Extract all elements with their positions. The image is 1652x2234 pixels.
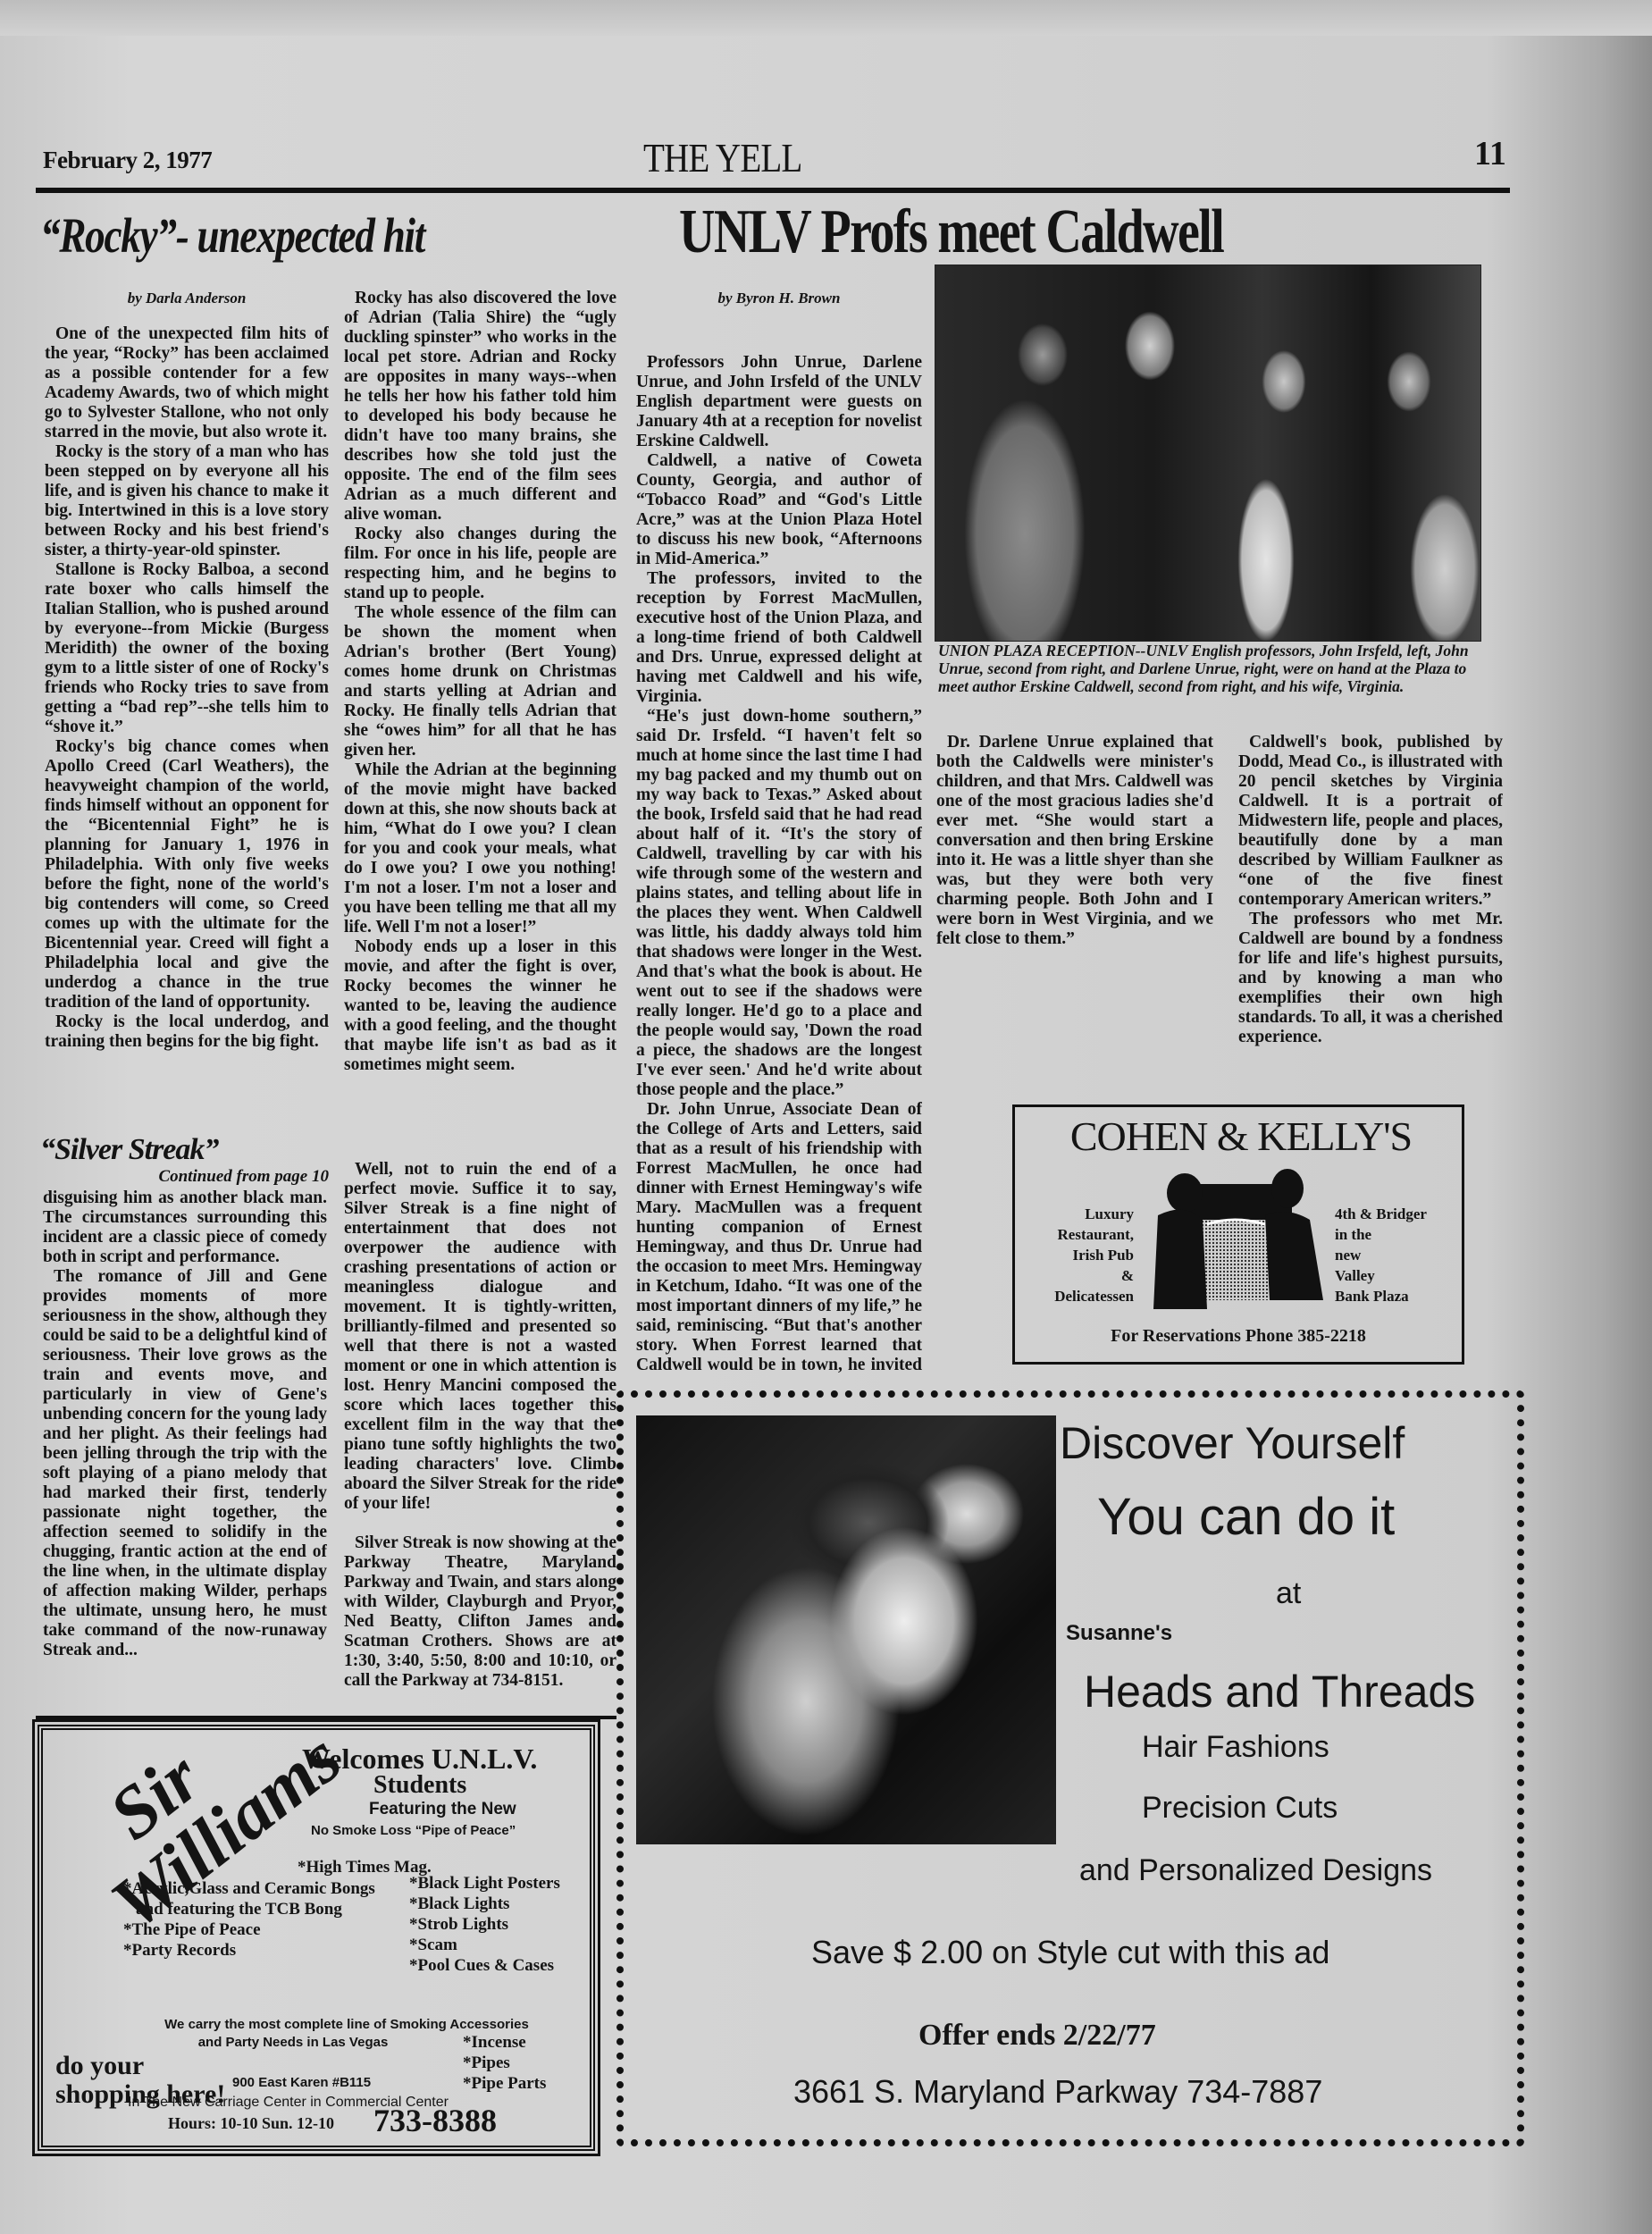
product-item: *Acrylic,Glass and Ceramic Bongs [123, 1878, 375, 1899]
ad-line: Irish Pub [1022, 1245, 1134, 1265]
silver-streak-paragraph: The romance of Jill and Gene provides mo… [43, 1267, 327, 1660]
newspaper-page: February 2, 1977 THE YELL 11 “Rocky”- un… [0, 0, 1652, 2234]
caldwell-paragraph: Professors John Unrue, Darlene Unrue, an… [636, 353, 922, 451]
caldwell-column-3: Caldwell's book, published by Dodd, Mead… [1238, 733, 1503, 1099]
cohen-kelly-left-text: Luxury Restaurant, Irish Pub & Delicates… [1022, 1204, 1134, 1306]
caldwell-paragraph: “He's just down-home southern,” said Dr.… [636, 707, 922, 1100]
rocky-paragraph: Rocky is the local underdog, and trainin… [45, 1012, 329, 1052]
ad-tagline: Discover Yourself [1060, 1417, 1405, 1469]
rocky-paragraph: Stallone is Rocky Balboa, a second rate … [45, 560, 329, 737]
ad-line: new [1335, 1245, 1460, 1265]
product-item: *Party Records [123, 1940, 375, 1961]
shop-address-phone: 3661 S. Maryland Parkway 734-7887 [793, 2073, 1322, 2111]
cohen-kelly-right-text: 4th & Bridger in the new Valley Bank Pla… [1335, 1204, 1460, 1306]
rocky-paragraph: Rocky also changes during the film. For … [344, 525, 616, 603]
silver-streak-paragraph: disguising him as another black man. The… [43, 1188, 327, 1267]
paper-name: THE YELL [643, 134, 801, 181]
ad-line: & [1022, 1265, 1134, 1286]
carry-line: We carry the most complete line of Smoki… [123, 2016, 570, 2034]
silver-streak-paragraph: Silver Streak is now showing at the Park… [344, 1533, 616, 1691]
service-hair: Hair Fashions [1142, 1730, 1329, 1765]
model-photo [636, 1415, 1056, 1844]
masthead-rule [36, 188, 1510, 193]
caldwell-headline: UNLV Profs meet Caldwell [679, 197, 1223, 268]
product-item: *Black Light Posters [409, 1873, 560, 1894]
product-item: *Incense [463, 2032, 546, 2053]
caldwell-paragraph: Caldwell's book, published by Dodd, Mead… [1238, 733, 1503, 910]
product-item: *Black Lights [409, 1894, 560, 1914]
ad-line: Restaurant, [1022, 1224, 1134, 1245]
reception-photo [935, 265, 1481, 642]
page-top-edge [0, 0, 1652, 36]
sir-williams-ad: Sir Williams Welcomes U.N.L.V. Students … [38, 1725, 595, 2151]
rocky-headline: “Rocky”- unexpected hit [40, 207, 424, 264]
featuring-text: Featuring the New [369, 1800, 516, 1819]
students-text: Students [373, 1771, 466, 1800]
product-item: and featuring the TCB Bong [123, 1899, 375, 1919]
store-address: 900 East Karen #B115 [232, 2075, 371, 2090]
caldwell-paragraph: The professors who met Mr. Caldwell are … [1238, 910, 1503, 1047]
photo-caption: UNION PLAZA RECEPTION--UNLV English prof… [938, 642, 1483, 695]
rocky-paragraph: The whole essence of the film can be sho… [344, 603, 616, 760]
product-item: *Strob Lights [409, 1914, 560, 1935]
ad-tagline-2: You can do it [1097, 1487, 1395, 1547]
slogan-line: do your [55, 2052, 225, 2080]
caldwell-byline: by Byron H. Brown [636, 289, 922, 308]
caldwell-paragraph: Dr. John Unrue, Associate Dean of the Co… [636, 1100, 922, 1374]
silver-streak-headline: “Silver Streak” [40, 1133, 218, 1167]
product-item: *The Pipe of Peace [123, 1919, 375, 1940]
rocky-paragraph: Rocky has also discovered the love of Ad… [344, 289, 616, 525]
caldwell-column-2: Dr. Darlene Unrue explained that both th… [936, 733, 1213, 1095]
rocky-paragraph: Rocky's big chance comes when Apollo Cre… [45, 737, 329, 1012]
ad-line: in the [1335, 1224, 1460, 1245]
silver-streak-column-1: disguising him as another black man. The… [43, 1188, 327, 1716]
offer-expiry: Offer ends 2/22/77 [918, 2019, 1156, 2053]
susannes-ad: Discover Yourself You can do it at Susan… [616, 1390, 1524, 2146]
issue-date: February 2, 1977 [43, 147, 212, 174]
product-item: *Pool Cues & Cases [409, 1955, 560, 1976]
shop-name: Heads and Threads [1084, 1666, 1475, 1717]
silver-streak-paragraph: Well, not to ruin the end of a perfect m… [344, 1160, 616, 1514]
store-hours: Hours: 10-10 Sun. 12-10 [168, 2114, 334, 2133]
product-item: *Scam [409, 1935, 560, 1955]
page-number: 11 [1474, 134, 1506, 173]
ad-line: Delicatessen [1022, 1286, 1134, 1306]
ad-line: Luxury [1022, 1204, 1134, 1224]
left-product-list: *Acrylic,Glass and Ceramic Bongs and fea… [123, 1878, 375, 1961]
caldwell-paragraph: Dr. Darlene Unrue explained that both th… [936, 733, 1213, 949]
rocky-paragraph: One of the unexpected film hits of the y… [45, 324, 329, 442]
ad-line: 4th & Bridger [1335, 1204, 1460, 1224]
service-cuts: Precision Cuts [1142, 1791, 1338, 1826]
cohen-kelly-name: COHEN & KELLY'S [1022, 1113, 1460, 1160]
rocky-paragraph: Nobody ends up a loser in this movie, an… [344, 937, 616, 1075]
caldwell-column-1: by Byron H. Brown Professors John Unrue,… [636, 289, 922, 1374]
silver-streak-column-2: Well, not to ruin the end of a perfect m… [344, 1160, 616, 1714]
product-item: *Pipe Parts [463, 2073, 546, 2094]
no-smoke-text: No Smoke Loss “Pipe of Peace” [311, 1823, 516, 1838]
rocky-column-1: by Darla Anderson One of the unexpected … [45, 289, 329, 1120]
service-designs: and Personalized Designs [1079, 1853, 1432, 1888]
store-phone: 733-8388 [373, 2102, 497, 2139]
section-rule [36, 1716, 616, 1719]
caldwell-paragraph: Caldwell, a native of Coweta County, Geo… [636, 451, 922, 569]
ad-owner: Susanne's [1066, 1621, 1172, 1646]
caldwell-paragraph: The professors, invited to the reception… [636, 569, 922, 707]
continued-from-note: Continued from page 10 [114, 1167, 329, 1187]
cohen-kelly-phone: For Reservations Phone 385-2218 [1015, 1326, 1462, 1347]
product-item: *Pipes [463, 2053, 546, 2073]
diners-illustration-icon [1140, 1166, 1332, 1309]
right-product-list: *Black Light Posters *Black Lights *Stro… [409, 1873, 560, 1976]
rocky-paragraph: While the Adrian at the beginning of the… [344, 760, 616, 937]
rocky-byline: by Darla Anderson [45, 289, 329, 308]
ad-at: at [1276, 1576, 1301, 1611]
rocky-column-2: Rocky has also discovered the love of Ad… [344, 289, 616, 1129]
cohen-kelly-ad: COHEN & KELLY'S Luxury Restaurant, Irish… [1012, 1104, 1464, 1365]
ad-offer: Save $ 2.00 on Style cut with this ad [811, 1934, 1329, 1971]
right-product-list-2: *Incense *Pipes *Pipe Parts [463, 2032, 546, 2094]
ad-line: Valley [1335, 1265, 1460, 1286]
rocky-paragraph: Rocky is the story of a man who has been… [45, 442, 329, 560]
ad-line: Bank Plaza [1335, 1286, 1460, 1306]
